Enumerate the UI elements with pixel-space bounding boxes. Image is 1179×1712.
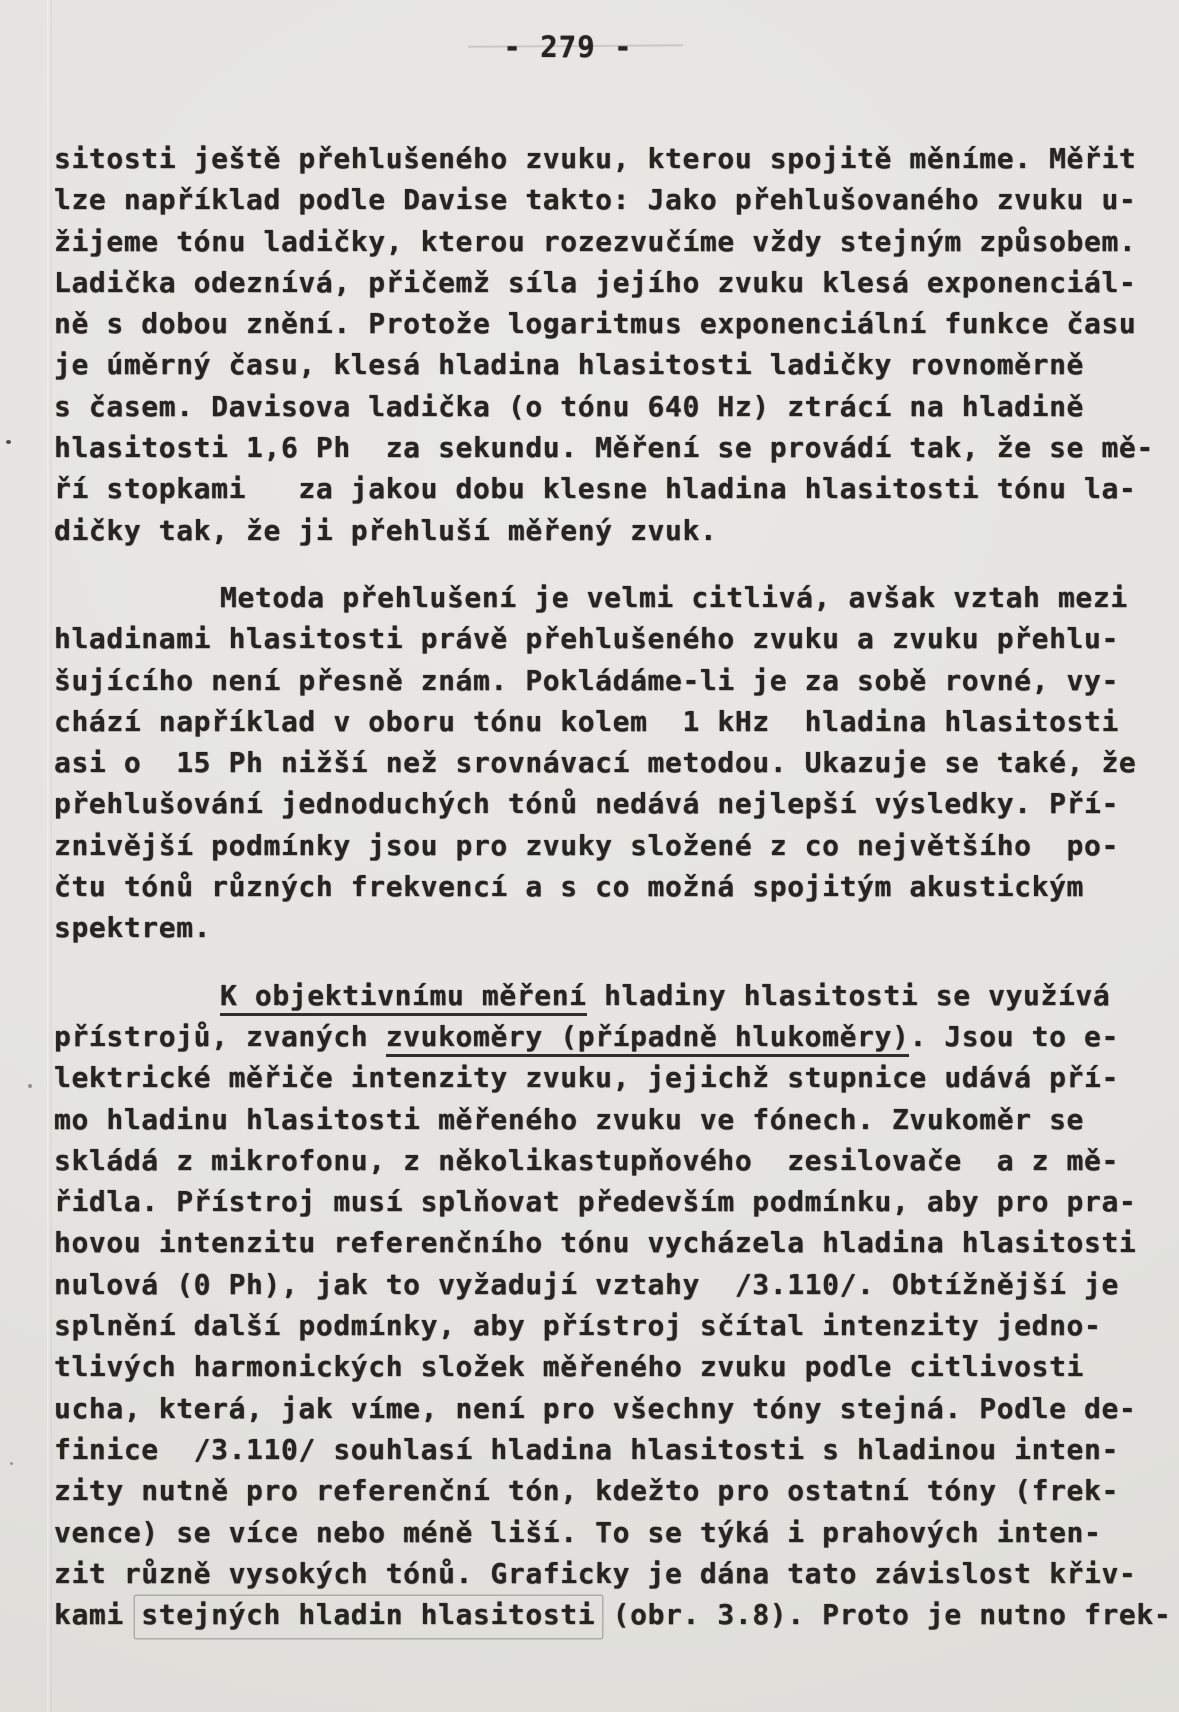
text-segment: přístrojů, zvaných (54, 1020, 386, 1053)
paragraph-2: Metoda přehlušení je velmi citlivá, avša… (54, 577, 1150, 949)
text-segment: sitosti ještě přehlušeného zvuku, kterou… (54, 142, 1136, 175)
paper-crease (47, 0, 52, 1712)
text-line: finice /3.110/ souhlasí hladina hlasitos… (54, 1429, 1150, 1470)
text-line: vence) se více nebo méně liší. To se týk… (54, 1512, 1150, 1553)
text-segment: dičky tak, že ji přehluší měřený zvuk. (54, 514, 717, 547)
text-segment: zit různě vysokých tónů. Graficky je dán… (54, 1557, 1136, 1590)
text-line: zit různě vysokých tónů. Graficky je dán… (54, 1553, 1150, 1594)
text-segment: kami (54, 1598, 141, 1631)
text-segment: mo hladinu hlasitosti měřeného zvuku ve … (54, 1103, 1084, 1136)
text-segment: hladinami hlasitosti právě přehlušeného … (54, 622, 1119, 655)
text-line: řidla. Přístroj musí splňovat především … (54, 1181, 1150, 1222)
text-line: kami stejných hladin hlasitosti (obr. 3.… (54, 1594, 1150, 1635)
scan-speck (28, 1084, 32, 1088)
paragraph-3: K objektivnímu měření hladiny hlasitosti… (54, 975, 1150, 1636)
text-line: Metoda přehlušení je velmi citlivá, avša… (54, 577, 1150, 618)
text-segment: hlasitosti 1,6 Ph za sekundu. Měření se … (54, 431, 1154, 464)
text-line: ří stopkami za jakou dobu klesne hladina… (54, 468, 1150, 509)
text-segment: ucha, která, jak víme, není pro všechny … (54, 1392, 1136, 1425)
text-line: asi o 15 Ph nižší než srovnávací metodou… (54, 742, 1150, 783)
text-segment: hladiny hlasitosti se využívá (587, 979, 1111, 1012)
text-segment: ně s dobou znění. Protože logaritmus exp… (54, 307, 1136, 340)
underlined-phrase-objective-measurement: K objektivnímu měření (220, 979, 587, 1016)
text-line: čtu tónů různých frekvencí a s co možná … (54, 866, 1150, 907)
text-segment: řidla. Přístroj musí splňovat především … (54, 1185, 1136, 1218)
document-page: - 279 - sitosti ještě přehlušeného zvuku… (0, 0, 1179, 1712)
text-segment: přehlušování jednoduchých tónů nedává ne… (54, 787, 1119, 820)
text-line: s časem. Davisova ladička (o tónu 640 Hz… (54, 386, 1150, 427)
text-line: K objektivnímu měření hladiny hlasitosti… (54, 975, 1150, 1016)
text-line: hovou intenzitu referenčního tónu vycház… (54, 1222, 1150, 1263)
text-line: hladinami hlasitosti právě přehlušeného … (54, 618, 1150, 659)
text-segment: lektrické měřiče intenzity zvuku, jejich… (54, 1061, 1119, 1094)
text-segment: Ladička odeznívá, přičemž síla jejího zv… (54, 266, 1136, 299)
text-segment: asi o 15 Ph nižší než srovnávací metodou… (54, 746, 1136, 779)
text-segment: spektrem. (54, 911, 211, 944)
text-segment: vence) se více nebo méně liší. To se týk… (54, 1516, 1101, 1549)
text-segment: . Jsou to e- (909, 1020, 1119, 1053)
text-segment: zity nutně pro referenční tón, kdežto pr… (54, 1474, 1119, 1507)
text-line: přehlušování jednoduchých tónů nedává ne… (54, 783, 1150, 824)
text-segment: znivější podmínky jsou pro zvuky složené… (54, 829, 1119, 862)
text-segment: splnění další podmínky, aby přístroj sčí… (54, 1309, 1101, 1342)
text-segment: čtu tónů různých frekvencí a s co možná … (54, 870, 1084, 903)
text-line: šujícího není přesně znám. Pokládáme-li … (54, 660, 1150, 701)
text-line: ucha, která, jak víme, není pro všechny … (54, 1388, 1150, 1429)
text-segment: skládá z mikrofonu, z několikastupňového… (54, 1144, 1119, 1177)
text-segment: lze například podle Davise takto: Jako p… (54, 183, 1136, 216)
text-line: lektrické měřiče intenzity zvuku, jejich… (54, 1057, 1150, 1098)
text-line: skládá z mikrofonu, z několikastupňového… (54, 1140, 1150, 1181)
paragraph-1: sitosti ještě přehlušeného zvuku, kterou… (54, 138, 1150, 551)
text-segment: ří stopkami za jakou dobu klesne hladina… (54, 472, 1136, 505)
text-line: žijeme tónu ladičky, kterou rozezvučíme … (54, 221, 1150, 262)
scan-speck (6, 440, 11, 444)
text-line: zity nutně pro referenční tón, kdežto pr… (54, 1470, 1150, 1511)
document-body: sitosti ještě přehlušeného zvuku, kterou… (54, 138, 1150, 1635)
text-line: tlivých harmonických složek měřeného zvu… (54, 1346, 1150, 1387)
underlined-phrase-sound-meters: zvukoměry (případně hlukoměry) (386, 1020, 910, 1057)
text-segment: nulová (0 Ph), jak to vyžadují vztahy /3… (54, 1268, 1119, 1301)
text-segment: chází například v oboru tónu kolem 1 kHz… (54, 705, 1119, 738)
text-segment: finice /3.110/ souhlasí hladina hlasitos… (54, 1433, 1119, 1466)
text-line: Ladička odeznívá, přičemž síla jejího zv… (54, 262, 1150, 303)
text-segment: šujícího není přesně znám. Pokládáme-li … (54, 664, 1119, 697)
text-segment: (obr. 3.8). Proto je nutno frek- (595, 1598, 1171, 1631)
text-line: ně s dobou znění. Protože logaritmus exp… (54, 303, 1150, 344)
text-line: dičky tak, že ji přehluší měřený zvuk. (54, 510, 1150, 551)
text-segment: Metoda přehlušení je velmi citlivá, avša… (220, 581, 1128, 614)
text-line: hlasitosti 1,6 Ph za sekundu. Měření se … (54, 427, 1150, 468)
text-line: přístrojů, zvaných zvukoměry (případně h… (54, 1016, 1150, 1057)
text-line: splnění další podmínky, aby přístroj sčí… (54, 1305, 1150, 1346)
text-line: je úměrný času, klesá hladina hlasitosti… (54, 344, 1150, 385)
text-line: sitosti ještě přehlušeného zvuku, kterou… (54, 138, 1150, 179)
text-line: nulová (0 Ph), jak to vyžadují vztahy /3… (54, 1264, 1150, 1305)
text-line: znivější podmínky jsou pro zvuky složené… (54, 825, 1150, 866)
text-segment: tlivých harmonických složek měřeného zvu… (54, 1350, 1084, 1383)
text-line: lze například podle Davise takto: Jako p… (54, 179, 1150, 220)
text-line: mo hladinu hlasitosti měřeného zvuku ve … (54, 1099, 1150, 1140)
text-segment: je úměrný času, klesá hladina hlasitosti… (54, 348, 1084, 381)
boxed-phrase-equal-loudness-levels: stejných hladin hlasitosti (135, 1596, 602, 1638)
text-segment: hovou intenzitu referenčního tónu vycház… (54, 1226, 1136, 1259)
text-line: chází například v oboru tónu kolem 1 kHz… (54, 701, 1150, 742)
text-line: spektrem. (54, 907, 1150, 948)
scan-speck (10, 1462, 13, 1465)
text-segment: žijeme tónu ladičky, kterou rozezvučíme … (54, 225, 1136, 258)
page-number: - 279 - (503, 30, 632, 64)
text-segment: s časem. Davisova ladička (o tónu 640 Hz… (54, 390, 1084, 423)
